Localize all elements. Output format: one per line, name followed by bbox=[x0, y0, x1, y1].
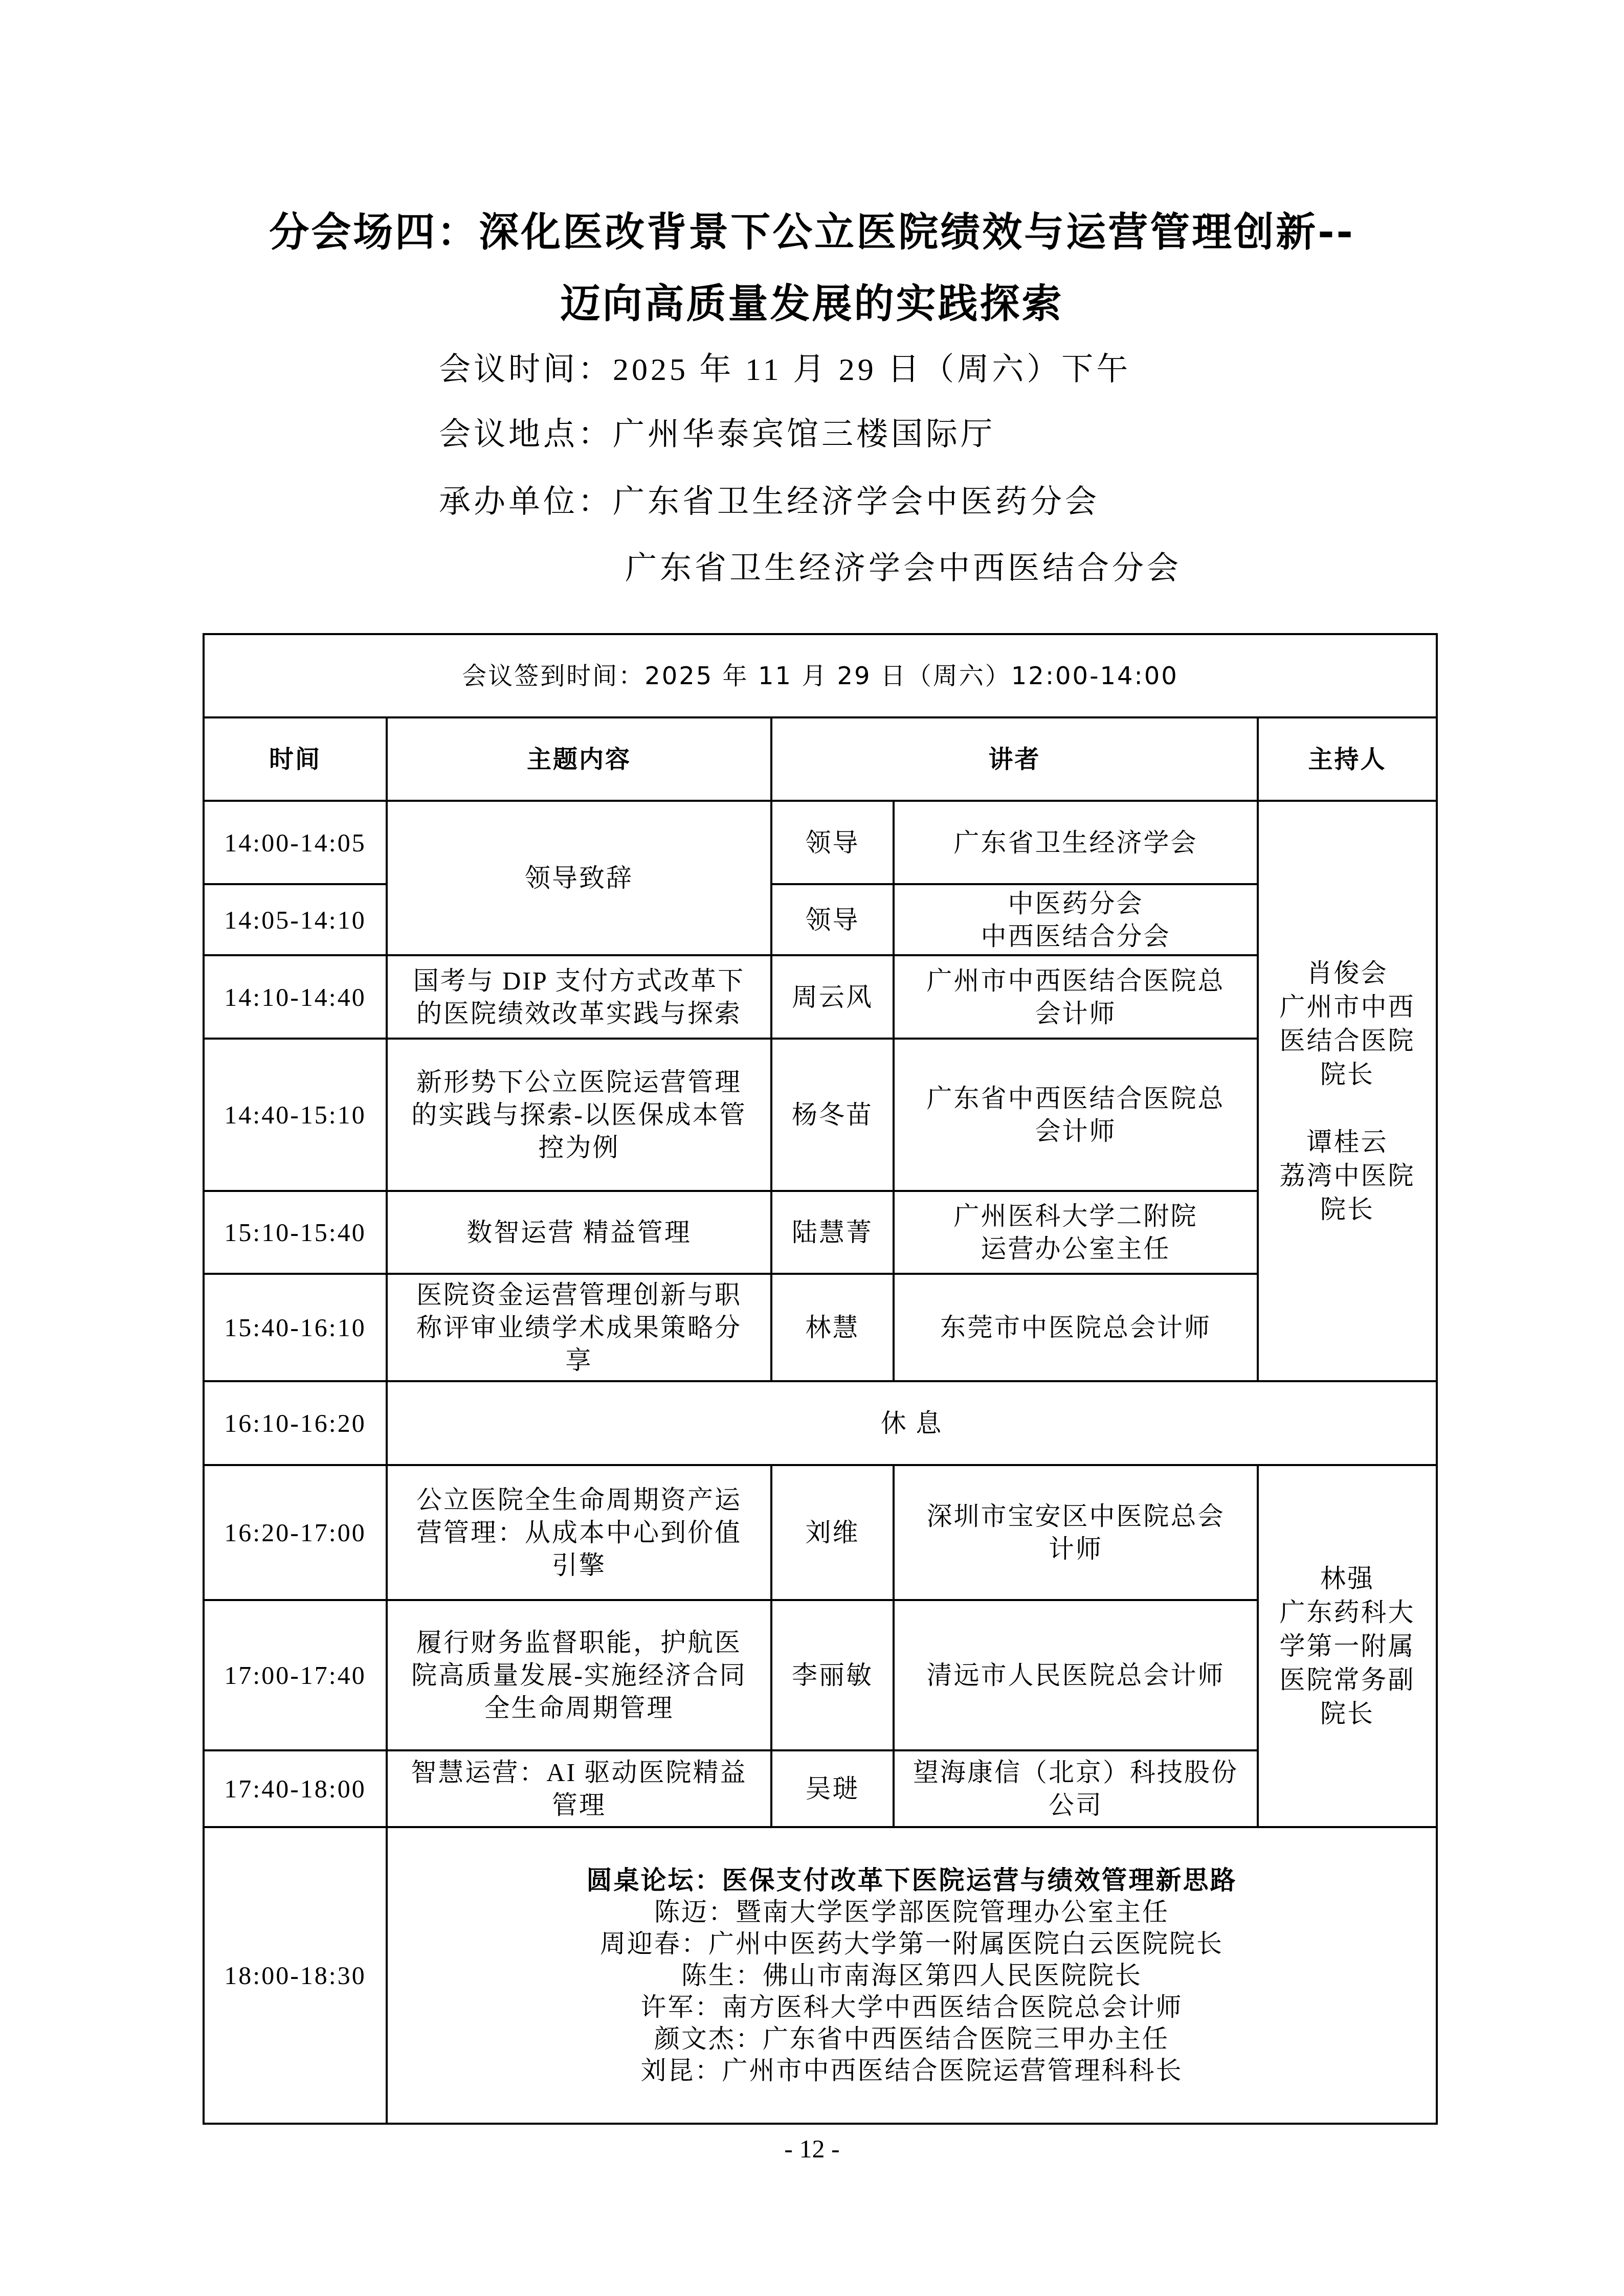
host-cell-1: 肖俊会 广州市中西 医结合医院 院长 谭桂云 荔湾中医院 院长 bbox=[1258, 801, 1437, 1381]
header-speaker: 讲者 bbox=[771, 717, 1258, 801]
row-time: 14:05-14:10 bbox=[204, 884, 387, 955]
row-org: 中医药分会 中西医结合分会 bbox=[894, 884, 1258, 955]
row-time: 17:40-18:00 bbox=[204, 1750, 387, 1827]
signin-time: 会议签到时间：2025 年 11 月 29 日（周六）12:00-14:00 bbox=[204, 634, 1437, 717]
roundtable-title: 圆桌论坛：医保支付改革下医院运营与绩效管理新思路 bbox=[395, 1864, 1429, 1896]
row-topic: 履行财务监督职能，护航医 院高质量发展-实施经济合同 全生命周期管理 bbox=[387, 1600, 771, 1750]
host-cell-2: 林强 广东药科大 学第一附属 医院常务副 院长 bbox=[1258, 1465, 1437, 1827]
row-speaker: 李丽敏 bbox=[771, 1600, 894, 1750]
row-topic: 新形势下公立医院运营管理 的实践与探索-以医保成本管 控为例 bbox=[387, 1039, 771, 1191]
row-topic: 医院资金运营管理创新与职 称评审业绩学术成果策略分 享 bbox=[387, 1274, 771, 1381]
panelist: 刘昆：广州市中西医结合医院运营管理科科长 bbox=[395, 2055, 1429, 2086]
row-time: 15:10-15:40 bbox=[204, 1191, 387, 1274]
panelist: 陈迈：暨南大学医学部医院管理办公室主任 bbox=[395, 1896, 1429, 1928]
row-org: 清远市人民医院总会计师 bbox=[894, 1600, 1258, 1750]
roundtable-row: 18:00-18:30 圆桌论坛：医保支付改革下医院运营与绩效管理新思路 陈迈：… bbox=[204, 1827, 1437, 2124]
row-speaker: 杨冬苗 bbox=[771, 1039, 894, 1191]
organizer-line-2: 广东省卫生经济学会中西医结合分会 bbox=[625, 548, 1182, 589]
row-topic: 公立医院全生命周期资产运 营管理：从成本中心到价值 引擎 bbox=[387, 1465, 771, 1600]
row-topic: 国考与 DIP 支付方式改革下 的医院绩效改革实践与探索 bbox=[387, 955, 771, 1039]
roundtable-cell: 圆桌论坛：医保支付改革下医院运营与绩效管理新思路 陈迈：暨南大学医学部医院管理办… bbox=[387, 1827, 1437, 2124]
row-org: 深圳市宝安区中医院总会 计师 bbox=[894, 1465, 1258, 1600]
row-speaker: 林慧 bbox=[771, 1274, 894, 1381]
row-time: 14:00-14:05 bbox=[204, 801, 387, 884]
row-speaker: 刘维 bbox=[771, 1465, 894, 1600]
table-row: 17:40-18:00 智慧运营：AI 驱动医院精益 管理 吴琎 望海康信（北京… bbox=[204, 1750, 1437, 1827]
organizer-value-1: 广东省卫生经济学会中医药分会 bbox=[613, 485, 1100, 520]
row-time: 17:00-17:40 bbox=[204, 1600, 387, 1750]
row-org: 广东省中西医结合医院总 会计师 bbox=[894, 1039, 1258, 1191]
meeting-time-label: 会议时间： bbox=[439, 352, 613, 387]
row-org: 东莞市中医院总会计师 bbox=[894, 1274, 1258, 1381]
row-topic: 领导致辞 bbox=[387, 801, 771, 955]
meeting-place: 会议地点：广州华泰宾馆三楼国际厅 bbox=[439, 414, 995, 455]
row-time: 14:40-15:10 bbox=[204, 1039, 387, 1191]
table-row: 16:20-17:00 公立医院全生命周期资产运 营管理：从成本中心到价值 引擎… bbox=[204, 1465, 1437, 1600]
row-org: 望海康信（北京）科技股份 公司 bbox=[894, 1750, 1258, 1827]
row-org: 广东省卫生经济学会 bbox=[894, 801, 1258, 884]
row-topic: 数智运营 精益管理 bbox=[387, 1191, 771, 1274]
page-number: - 12 - bbox=[0, 2133, 1624, 2164]
organizer-value-2: 广东省卫生经济学会中西医结合分会 bbox=[625, 551, 1182, 586]
organizer-label: 承办单位： bbox=[439, 485, 613, 520]
row-speaker: 周云风 bbox=[771, 955, 894, 1039]
row-speaker: 吴琎 bbox=[771, 1750, 894, 1827]
row-time: 15:40-16:10 bbox=[204, 1274, 387, 1381]
table-row: 14:10-14:40 国考与 DIP 支付方式改革下 的医院绩效改革实践与探索… bbox=[204, 955, 1437, 1039]
header-time: 时间 bbox=[204, 717, 387, 801]
panelist: 颜文杰：广东省中西医结合医院三甲办主任 bbox=[395, 2023, 1429, 2055]
meeting-time: 会议时间：2025 年 11 月 29 日（周六）下午 bbox=[439, 349, 1131, 390]
row-time: 14:10-14:40 bbox=[204, 955, 387, 1039]
row-time: 16:10-16:20 bbox=[204, 1381, 387, 1465]
break-row: 16:10-16:20 休 息 bbox=[204, 1381, 1437, 1465]
row-org: 广州市中西医结合医院总 会计师 bbox=[894, 955, 1258, 1039]
table-row: 17:00-17:40 履行财务监督职能，护航医 院高质量发展-实施经济合同 全… bbox=[204, 1600, 1437, 1750]
header-row: 时间 主题内容 讲者 主持人 bbox=[204, 717, 1437, 801]
agenda-table: 会议签到时间：2025 年 11 月 29 日（周六）12:00-14:00 时… bbox=[203, 633, 1438, 2125]
table-row: 14:00-14:05 领导致辞 领导 广东省卫生经济学会 肖俊会 广州市中西 … bbox=[204, 801, 1437, 884]
organizer: 承办单位：广东省卫生经济学会中医药分会 bbox=[439, 482, 1100, 523]
row-org: 广州医科大学二附院 运营办公室主任 bbox=[894, 1191, 1258, 1274]
row-topic: 智慧运营：AI 驱动医院精益 管理 bbox=[387, 1750, 771, 1827]
panelist: 陈生：佛山市南海区第四人民医院院长 bbox=[395, 1960, 1429, 1991]
header-host: 主持人 bbox=[1258, 717, 1437, 801]
signin-row: 会议签到时间：2025 年 11 月 29 日（周六）12:00-14:00 bbox=[204, 634, 1437, 717]
row-speaker: 领导 bbox=[771, 884, 894, 955]
header-topic: 主题内容 bbox=[387, 717, 771, 801]
meeting-time-value: 2025 年 11 月 29 日（周六）下午 bbox=[613, 352, 1131, 387]
row-speaker: 领导 bbox=[771, 801, 894, 884]
table-row: 15:40-16:10 医院资金运营管理创新与职 称评审业绩学术成果策略分 享 … bbox=[204, 1274, 1437, 1381]
table-row: 15:10-15:40 数智运营 精益管理 陆慧菁 广州医科大学二附院 运营办公… bbox=[204, 1191, 1437, 1274]
row-time: 16:20-17:00 bbox=[204, 1465, 387, 1600]
page-title-line-2: 迈向高质量发展的实践探索 bbox=[0, 279, 1624, 330]
panelist: 许军：南方医科大学中西医结合医院总会计师 bbox=[395, 1991, 1429, 2023]
row-time: 18:00-18:30 bbox=[204, 1827, 387, 2124]
meeting-place-label: 会议地点： bbox=[439, 417, 613, 452]
page-title-line-1: 分会场四：深化医改背景下公立医院绩效与运营管理创新-- bbox=[0, 207, 1624, 258]
break-label: 休 息 bbox=[387, 1381, 1437, 1465]
panelist: 周迎春：广州中医药大学第一附属医院白云医院院长 bbox=[395, 1928, 1429, 1960]
row-speaker: 陆慧菁 bbox=[771, 1191, 894, 1274]
meeting-place-value: 广州华泰宾馆三楼国际厅 bbox=[613, 417, 995, 452]
table-row: 14:40-15:10 新形势下公立医院运营管理 的实践与探索-以医保成本管 控… bbox=[204, 1039, 1437, 1191]
